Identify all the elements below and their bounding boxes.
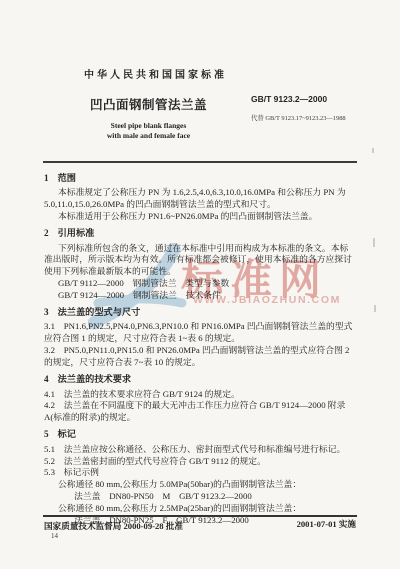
section-1-paragraph: 本标准规定了公称压力 PN 为 1.6,2.5,4.0,6.3,10.0,16.… [44, 187, 357, 211]
section-2-title: 引用标准 [58, 228, 95, 238]
scan-artifact [372, 148, 374, 153]
marking-example-designation: 法兰盖 DN80-PN50 M GB/T 9123.2—2000 [74, 491, 357, 503]
section-5-clause: 5.3 标记示例 [44, 467, 357, 479]
section-2-number: 2 [44, 228, 49, 238]
marking-example-description: 公称通径 80 mm,公称压力 2.5MPa(25bar)的凹面钢制管法兰盖： [58, 503, 357, 515]
section-1-number: 1 [44, 173, 49, 183]
header-divider [43, 161, 357, 163]
document-body: 1范围 本标准规定了公称压力 PN 为 1.6,2.5,4.0,6.3,10.0… [44, 168, 357, 527]
approval-authority-date: 国家质量技术监督局 2000-09-28 批准 [44, 520, 183, 532]
scan-artifact [374, 305, 376, 312]
scan-artifact [373, 238, 375, 247]
section-3-clause: 3.2 PN5.0,PN11.0,PN15.0 和 PN26.0MPa 凹凸面钢… [44, 345, 357, 369]
national-standard-label: 中华人民共和国国家标准 [84, 66, 227, 81]
scanned-standard-page: 中华人民共和国国家标准 凹凸面钢制管法兰盖 Steel pipe blank f… [0, 0, 400, 569]
section-1-paragraph: 本标准适用于公称压力 PN1.6~PN26.0MPa 的凹凸面钢制管法兰盖。 [44, 211, 357, 223]
section-2-paragraph: 下列标准所包含的条文，通过在本标准中引用而构成为本标准的条文。本标准出版时，所示… [44, 243, 357, 279]
implementation-date: 2001-07-01 实施 [297, 518, 356, 530]
section-4-title: 法兰盖的技术要求 [58, 374, 132, 384]
section-1-heading: 1范围 [44, 173, 357, 185]
standard-number: GB/T 9123.2—2000 [251, 94, 327, 104]
section-4-heading: 4法兰盖的技术要求 [44, 374, 357, 386]
section-1-title: 范围 [58, 173, 76, 183]
section-3-number: 3 [44, 307, 49, 317]
section-5-number: 5 [44, 429, 49, 439]
section-3-clause: 3.1 PN1.6,PN2.5,PN4.0,PN6.3,PN10.0 和 PN1… [44, 321, 357, 345]
title-english-line1: Steel pipe blank flanges [76, 121, 221, 131]
page-number: 14 [51, 532, 58, 540]
section-5-clause: 5.2 法兰盖密封面的型式代号应符合 GB/T 9112 的规定。 [44, 456, 357, 468]
title-english-line2: with male and female face [76, 131, 221, 141]
replaced-standards: 代替 GB/T 9123.17~9123.23—1988 [251, 113, 346, 122]
section-2-heading: 2引用标准 [44, 228, 357, 240]
footer-divider [43, 515, 357, 517]
document-title-english: Steel pipe blank flanges with male and f… [76, 121, 221, 141]
section-4-clause: 4.1 法兰盖的技术要求应符合 GB/T 9124 的规定。 [44, 389, 357, 401]
referenced-standard: GB/T 9124—2000 钢制管法兰 技术条件 [58, 290, 357, 302]
section-5-clause: 5.1 法兰盖应按公称通径、公称压力、密封面型式代号和标准编号进行标记。 [44, 444, 357, 456]
referenced-standard: GB/T 9112—2000 钢制管法兰 类型与参数 [58, 278, 357, 290]
marking-example-description: 公称通径 80 mm,公称压力 5.0MPa(50bar)的凸面钢制管法兰盖： [58, 479, 357, 491]
section-4-clause: 4.2 法兰盖在不同温度下的最大无冲击工作压力应符合 GB/T 9124—200… [44, 400, 357, 424]
section-5-title: 标记 [58, 429, 76, 439]
document-title-chinese: 凹凸面钢制管法兰盖 [90, 95, 207, 113]
section-4-number: 4 [44, 374, 49, 384]
section-3-title: 法兰盖的型式与尺寸 [58, 307, 141, 317]
section-5-heading: 5标记 [44, 429, 357, 441]
section-3-heading: 3法兰盖的型式与尺寸 [44, 307, 357, 319]
